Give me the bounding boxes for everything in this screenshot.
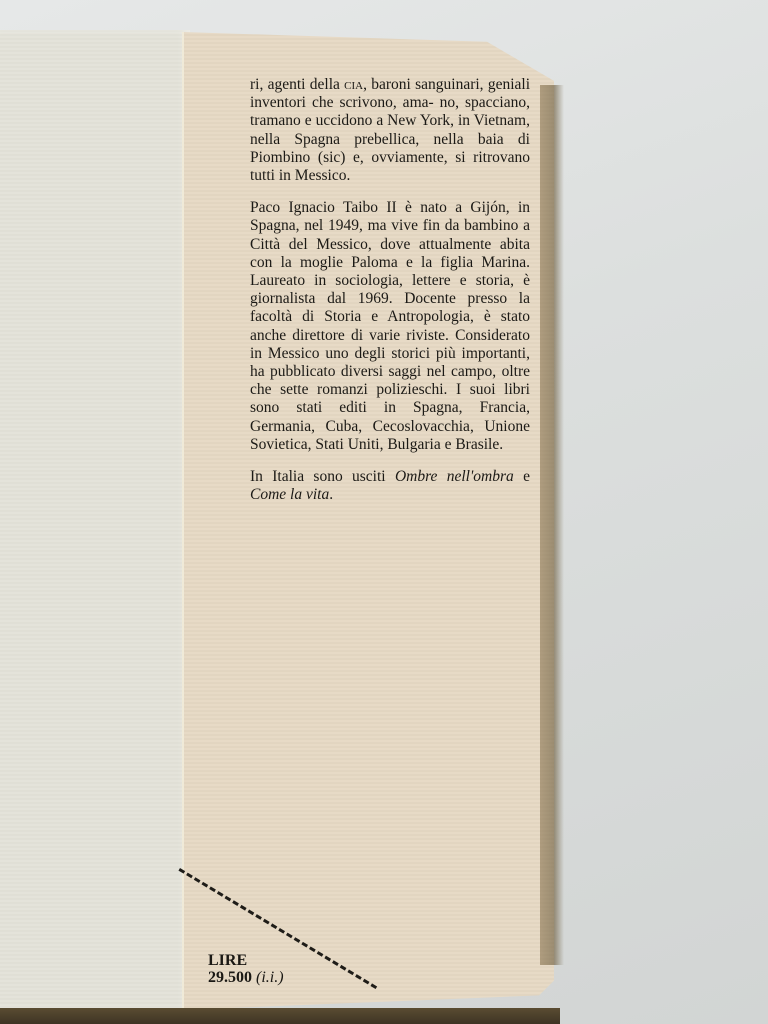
book-title-1: Ombre nell'ombra	[395, 468, 514, 485]
currency: LIRE	[208, 952, 284, 969]
price-label: LIRE 29.500 (i.i.)	[208, 952, 284, 986]
paragraph-plot: ri, agenti della cia, baroni sanguinari,…	[250, 76, 530, 185]
cia-acronym: cia	[344, 76, 363, 93]
flap-edge-shadow	[540, 85, 564, 965]
bottom-shadow	[0, 1008, 560, 1024]
paragraph-italian-editions: In Italia sono usciti Ombre nell'ombra e…	[250, 468, 530, 504]
price-note: (i.i.)	[256, 969, 284, 986]
book-title-2: Come la vita	[250, 486, 329, 503]
flap-text: ri, agenti della cia, baroni sanguinari,…	[250, 76, 530, 518]
paragraph-author-bio: Paco Ignacio Taibo II è nato a Gijón, in…	[250, 199, 530, 454]
price-value: 29.500	[208, 969, 252, 986]
book-left-page	[0, 30, 190, 1010]
